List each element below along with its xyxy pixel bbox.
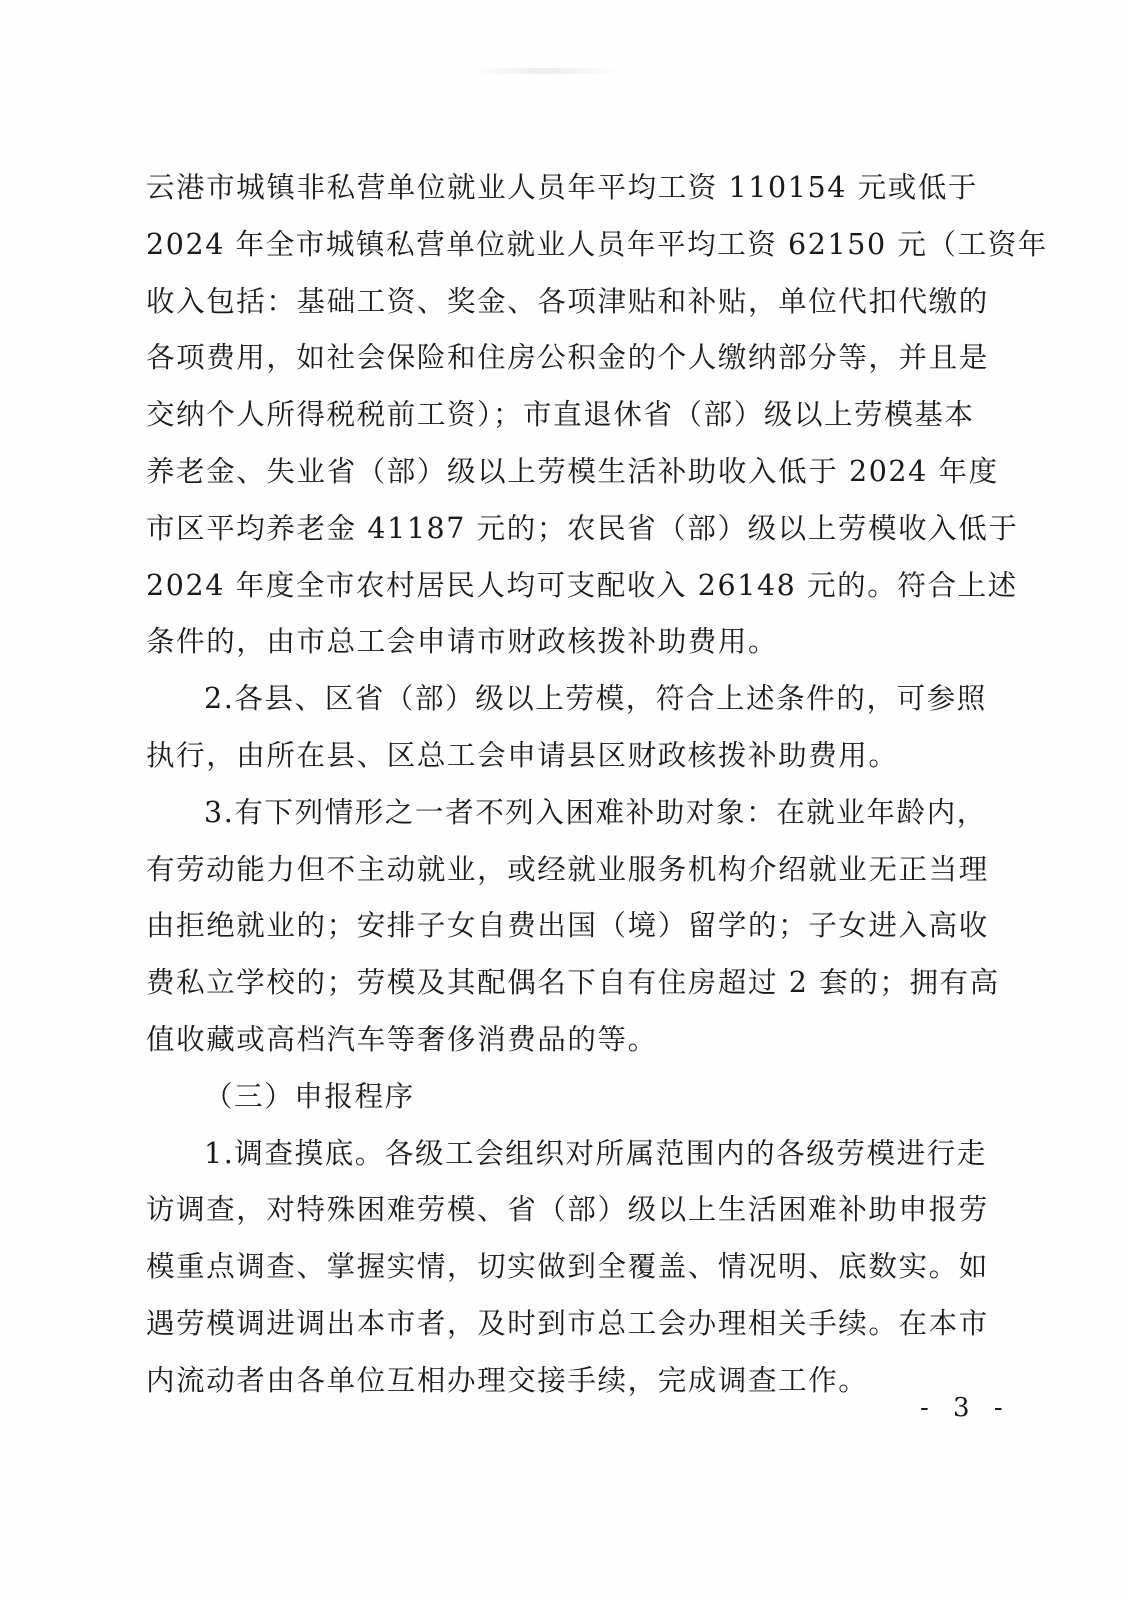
document-page: 云港市城镇非私营单位就业人员年平均工资 110154 元或低于 2024 年全市… [0,0,1124,1600]
text-line: 由拒绝就业的；安排子女自费出国（境）留学的；子女进入高收 [146,898,968,955]
text-line: 条件的，由市总工会申请市财政核拨补助费用。 [146,614,968,671]
paragraph-procedure-1: 1.调查摸底。各级工会组织对所属范围内的各级劳模进行走 访调查，对特殊困难劳模、… [146,1126,968,1410]
scan-artifact [470,68,620,74]
section-heading: （三）申报程序 [146,1069,968,1126]
text-line: 有劳动能力但不主动就业，或经就业服务机构介绍就业无正当理 [146,842,968,899]
text-line: 费私立学校的；劳模及其配偶名下自有住房超过 2 套的；拥有高 [146,955,968,1012]
text-line: 交纳个人所得税税前工资）；市直退休省（部）级以上劳模基本 [146,387,968,444]
text-line: 内流动者由各单位互相办理交接手续，完成调查工作。 [146,1353,968,1410]
text-line: 1.调查摸底。各级工会组织对所属范围内的各级劳模进行走 [146,1126,968,1183]
text-line: 值收藏或高档汽车等奢侈消费品的等。 [146,1012,968,1069]
section-heading-application-procedure: （三）申报程序 [146,1069,968,1126]
text-line: 市区平均养老金 41187 元的；农民省（部）级以上劳模收入低于 [146,501,968,558]
paragraph-item-3: 3.有下列情形之一者不列入困难补助对象：在就业年龄内， 有劳动能力但不主动就业，… [146,785,968,1069]
text-line: 模重点调查、掌握实情，切实做到全覆盖、情况明、底数实。如 [146,1239,968,1296]
text-line: 2024 年度全市农村居民人均可支配收入 26148 元的。符合上述 [146,558,968,615]
text-line: 2024 年全市城镇私营单位就业人员年平均工资 62150 元（工资年 [146,217,968,274]
page-number: - 3 - [920,1393,1011,1423]
text-line: 2.各县、区省（部）级以上劳模，符合上述条件的，可参照 [146,671,968,728]
text-line: 云港市城镇非私营单位就业人员年平均工资 110154 元或低于 [146,160,968,217]
text-line: 3.有下列情形之一者不列入困难补助对象：在就业年龄内， [146,785,968,842]
document-body: 云港市城镇非私营单位就业人员年平均工资 110154 元或低于 2024 年全市… [146,160,968,1410]
text-line: 执行，由所在县、区总工会申请县区财政核拨补助费用。 [146,728,968,785]
text-line: 访调查，对特殊困难劳模、省（部）级以上生活困难补助申报劳 [146,1182,968,1239]
paragraph-income-criteria: 云港市城镇非私营单位就业人员年平均工资 110154 元或低于 2024 年全市… [146,160,968,671]
text-line: 各项费用，如社会保险和住房公积金的个人缴纳部分等，并且是 [146,330,968,387]
paragraph-item-2: 2.各县、区省（部）级以上劳模，符合上述条件的，可参照 执行，由所在县、区总工会… [146,671,968,785]
text-line: 养老金、失业省（部）级以上劳模生活补助收入低于 2024 年度 [146,444,968,501]
text-line: 遇劳模调进调出本市者，及时到市总工会办理相关手续。在本市 [146,1296,968,1353]
text-line: 收入包括：基础工资、奖金、各项津贴和补贴，单位代扣代缴的 [146,274,968,331]
